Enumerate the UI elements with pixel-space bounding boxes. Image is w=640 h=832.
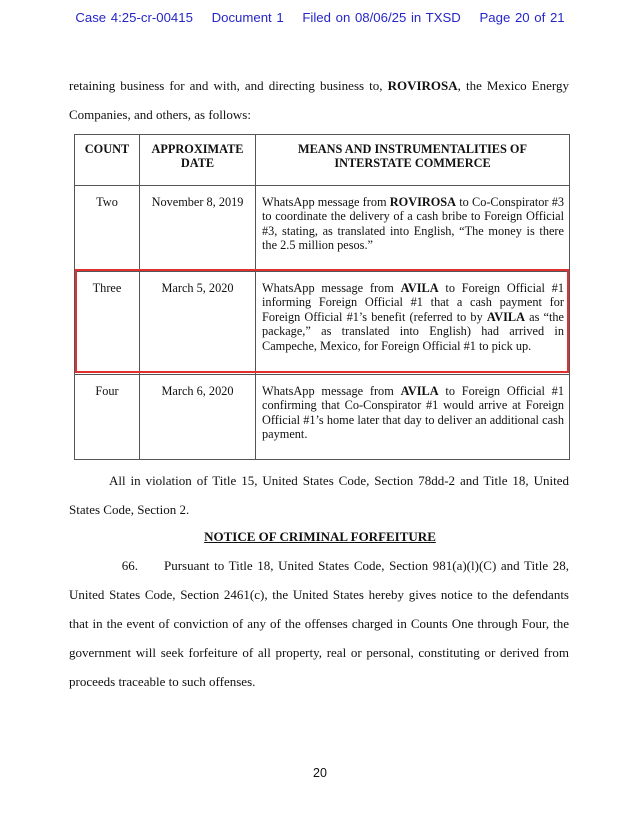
section-heading: NOTICE OF CRIMINAL FORFEITURE xyxy=(0,529,640,545)
count-cell: Two xyxy=(75,186,140,272)
means-cell: WhatsApp message from AVILA to Foreign O… xyxy=(256,272,570,375)
case-number: Case 4:25-cr-00415 xyxy=(75,10,193,25)
paragraph-66: 66.Pursuant to Title 18, United States C… xyxy=(69,551,569,696)
count-cell: Four xyxy=(75,375,140,460)
date-cell: March 6, 2020 xyxy=(140,375,256,460)
page-number: 20 xyxy=(0,766,640,780)
page-of-pages: Page 20 of 21 xyxy=(480,10,565,25)
filed-date: Filed on 08/06/25 in TXSD xyxy=(302,10,460,25)
paragraph-number: 66. xyxy=(69,551,138,580)
table-header-row: COUNT APPROXIMATE DATE MEANS AND INSTRUM… xyxy=(75,135,570,186)
defendant-name: ROVIROSA xyxy=(388,78,458,93)
header-means: MEANS AND INSTRUMENTALITIES OF INTERSTAT… xyxy=(256,135,570,186)
header-count: COUNT xyxy=(75,135,140,186)
paragraph-text: Pursuant to Title 18, United States Code… xyxy=(69,558,569,689)
intro-line-2: Companies, and others, as follows: xyxy=(69,107,251,122)
means-cell: WhatsApp message from AVILA to Foreign O… xyxy=(256,375,570,460)
date-cell: November 8, 2019 xyxy=(140,186,256,272)
table-row: ThreeMarch 5, 2020WhatsApp message from … xyxy=(75,272,570,375)
table-row: TwoNovember 8, 2019WhatsApp message from… xyxy=(75,186,570,272)
intro-line-1: retaining business for and with, and dir… xyxy=(69,71,569,100)
filing-header: Case 4:25-cr-00415 Document 1 Filed on 0… xyxy=(0,10,640,25)
counts-table: COUNT APPROXIMATE DATE MEANS AND INSTRUM… xyxy=(74,134,570,460)
table-row: FourMarch 6, 2020WhatsApp message from A… xyxy=(75,375,570,460)
date-cell: March 5, 2020 xyxy=(140,272,256,375)
violation-paragraph: All in violation of Title 15, United Sta… xyxy=(69,466,569,524)
header-date: APPROXIMATE DATE xyxy=(140,135,256,186)
document-number: Document 1 xyxy=(212,10,284,25)
intro-paragraph: retaining business for and with, and dir… xyxy=(69,71,569,129)
means-cell: WhatsApp message from ROVIROSA to Co-Con… xyxy=(256,186,570,272)
count-cell: Three xyxy=(75,272,140,375)
